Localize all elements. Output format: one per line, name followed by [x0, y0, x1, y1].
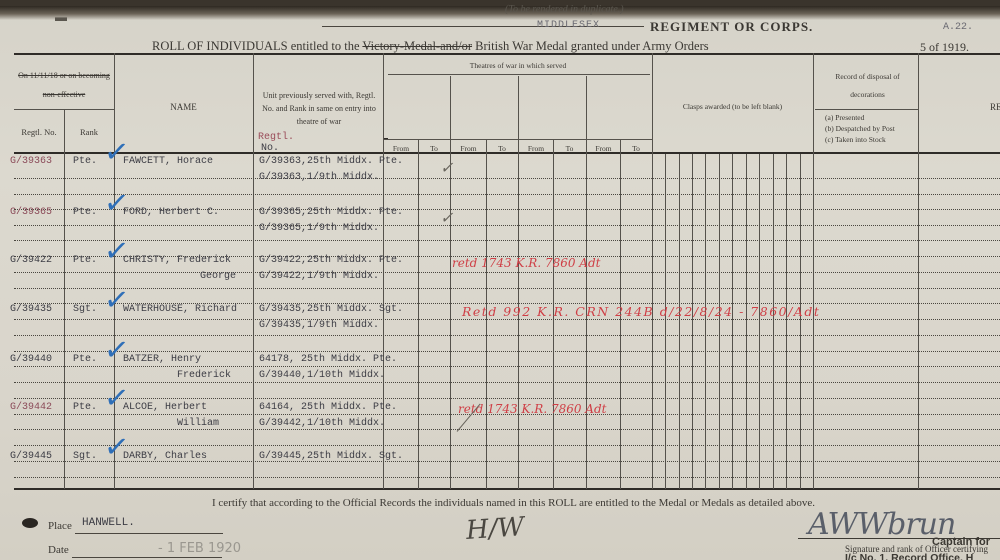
unit-entry-1: 64164, 25th Middx. Pte. — [259, 402, 397, 413]
clasp-grid-line — [719, 154, 720, 489]
row-rule — [14, 225, 1000, 226]
ink-blot-mark: ▬ — [55, 10, 67, 25]
disposal-divider — [815, 109, 918, 110]
unit-entry-2: G/39422,1/9th Middx. — [259, 271, 379, 282]
regtl-no: G/39442 — [10, 402, 52, 413]
row-rule — [14, 335, 1000, 336]
clasp-grid-line — [679, 154, 680, 489]
clasp-grid-line — [732, 154, 733, 489]
disposal-option-c: (c) Taken into Stock — [825, 135, 886, 144]
header-to-4: To — [620, 144, 652, 153]
unit-entry-1: G/39435,25th Middx. Sgt. — [259, 304, 403, 315]
header-remarks: REMARKS — [990, 102, 1000, 112]
row-rule — [14, 429, 1000, 430]
roll-title-struck: Victory-Medal-and/or — [362, 39, 472, 53]
regtl-no: G/39435 — [10, 304, 52, 315]
pencil-tick-icon: ✓ — [440, 158, 453, 177]
unit-entry-2: G/39363,1/9th Middx. — [259, 172, 379, 183]
date-underline — [72, 557, 222, 558]
unit-entry-2: G/39365,1/9th Middx. — [259, 223, 379, 234]
rank: Sgt. — [73, 451, 97, 462]
from-to-divider — [384, 139, 652, 140]
form-code: A.22. — [943, 22, 973, 33]
header-name: NAME — [114, 102, 253, 112]
header-clasps: Clasps awarded (to be left blank) — [652, 102, 813, 111]
col-divider — [253, 53, 254, 489]
red-ink-annotation: retd 1743 K.R. 7860 Adt — [452, 256, 600, 270]
row-rule — [14, 272, 1000, 273]
soldier-name: DARBY, Charles — [123, 451, 207, 462]
place-value: HANWELL. — [82, 517, 135, 529]
regtl-no: G/39445 — [10, 451, 52, 462]
unit-entry-2: G/39442,1/10th Middx. — [259, 418, 385, 429]
roll-title-prefix: ROLL OF INDIVIDUALS entitled to the — [152, 39, 360, 53]
pencil-tick-icon: ✓ — [440, 208, 453, 227]
roll-title-suffix: British War Medal granted under Army Ord… — [475, 39, 708, 53]
regtl-no: G/39440 — [10, 354, 52, 365]
record-office-stamp: I/c No. 1. Record Office, H — [845, 552, 973, 560]
unit-entry-2: G/39440,1/10th Middx. — [259, 370, 385, 381]
rank: Pte. — [73, 354, 97, 365]
red-ink-annotation: Retd 992 K.R. CRN 244B d/22/8/24 - 7860/… — [462, 304, 820, 319]
col-divider — [918, 53, 919, 489]
theatres-divider — [388, 74, 650, 75]
soldier-name-continued: Frederick — [177, 370, 231, 381]
col-divider — [450, 76, 451, 489]
col-divider — [64, 109, 65, 489]
unit-entry-1: G/39363,25th Middx. Pte. — [259, 156, 403, 167]
place-label: Place — [48, 520, 72, 532]
table-top-border — [14, 53, 1000, 55]
place-underline — [75, 533, 223, 534]
header-unit-no: No. — [261, 143, 279, 154]
clasp-grid-line — [759, 154, 760, 489]
header-from-4: From — [587, 144, 620, 153]
regiment-name: MIDDLESEX — [537, 20, 600, 31]
row-rule — [14, 398, 1000, 399]
date-stamp: - 1 FEB 1920 — [158, 541, 241, 556]
header-from-1: From — [384, 144, 418, 153]
col-divider — [652, 53, 653, 489]
non-effective-header: On 11/11/18 or on becoming non-effective — [14, 66, 114, 104]
duplicate-note: (To be rendered in duplicate.) — [505, 4, 624, 15]
row-rule — [14, 319, 1000, 320]
col-divider — [418, 139, 419, 489]
rank: Pte. — [73, 255, 97, 266]
row-rule — [14, 194, 1000, 195]
rank: Sgt. — [73, 304, 97, 315]
unit-entry-2: G/39435,1/9th Middx. — [259, 320, 379, 331]
unit-entry-1: 64178, 25th Middx. Pte. — [259, 354, 397, 365]
header-from-3: From — [519, 144, 553, 153]
header-from-2: From — [451, 144, 486, 153]
regtl-no: G/39363 — [10, 156, 52, 167]
row-rule — [14, 382, 1000, 383]
medal-roll-document: ▬ (To be rendered in duplicate.) MIDDLES… — [0, 6, 1000, 560]
col-divider — [813, 53, 814, 489]
soldier-name: WATERHOUSE, Richard — [123, 304, 237, 315]
soldier-name: BATZER, Henry — [123, 354, 201, 365]
roll-title: ROLL OF INDIVIDUALS entitled to the Vict… — [152, 39, 709, 54]
header-unit-previous: Unit previously served with, Regtl. No. … — [262, 89, 376, 128]
header-regtl-no: Regtl. No. — [14, 127, 64, 137]
disposal-option-a: (a) Presented — [825, 113, 864, 122]
clasp-grid-line — [786, 154, 787, 489]
header-to-1: To — [418, 144, 450, 153]
unit-entry-1: G/39422,25th Middx. Pte. — [259, 255, 403, 266]
soldier-name-continued: George — [200, 271, 236, 282]
date-label: Date — [48, 544, 69, 556]
rank: Pte. — [73, 156, 97, 167]
page-top-shadow — [0, 6, 1000, 20]
regtl-no: G/39365 — [10, 207, 52, 218]
header-unit-regtl: Regtl. — [258, 132, 294, 143]
soldier-name: FORD, Herbert C. — [123, 207, 219, 218]
clasp-grid-line — [746, 154, 747, 489]
col-divider — [586, 76, 587, 489]
disposal-option-b: (b) Despatched by Post — [825, 124, 895, 133]
clasp-grid-line — [800, 154, 801, 489]
clasp-grid-line — [692, 154, 693, 489]
soldier-name: FAWCETT, Horace — [123, 156, 213, 167]
non-effective-divider — [14, 109, 114, 110]
clasp-grid-line — [773, 154, 774, 489]
unit-entry-1: G/39445,25th Middx. Sgt. — [259, 451, 403, 462]
initials-signature: H/W — [465, 512, 525, 546]
row-rule — [14, 351, 1000, 352]
col-divider — [114, 53, 115, 489]
header-to-3: To — [553, 144, 586, 153]
punch-hole — [22, 518, 38, 528]
col-divider — [518, 76, 519, 489]
table-bottom-border — [14, 488, 1000, 490]
soldier-name: CHRISTY, Frederick — [123, 255, 231, 266]
soldier-name-continued: William — [177, 418, 219, 429]
row-rule — [14, 240, 1000, 241]
header-to-2: To — [486, 144, 518, 153]
rank: Pte. — [73, 402, 97, 413]
row-rule — [14, 366, 1000, 367]
certification-text: I certify that according to the Official… — [212, 497, 815, 509]
row-rule — [14, 477, 1000, 478]
header-disposal-title: Record of disposal of decorations — [825, 68, 910, 104]
header-theatres: Theatres of war in which served — [384, 61, 652, 70]
regiment-label: REGIMENT OR CORPS. — [650, 19, 813, 35]
soldier-name: ALCOE, Herbert — [123, 402, 207, 413]
row-rule — [14, 445, 1000, 446]
row-rule — [14, 288, 1000, 289]
rank: Pte. — [73, 207, 97, 218]
row-rule — [14, 178, 1000, 179]
clasp-grid-line — [665, 154, 666, 489]
regtl-no: G/39422 — [10, 255, 52, 266]
col-divider — [384, 138, 388, 139]
clasp-grid-line — [705, 154, 706, 489]
unit-entry-1: G/39365,25th Middx. Pte. — [259, 207, 403, 218]
